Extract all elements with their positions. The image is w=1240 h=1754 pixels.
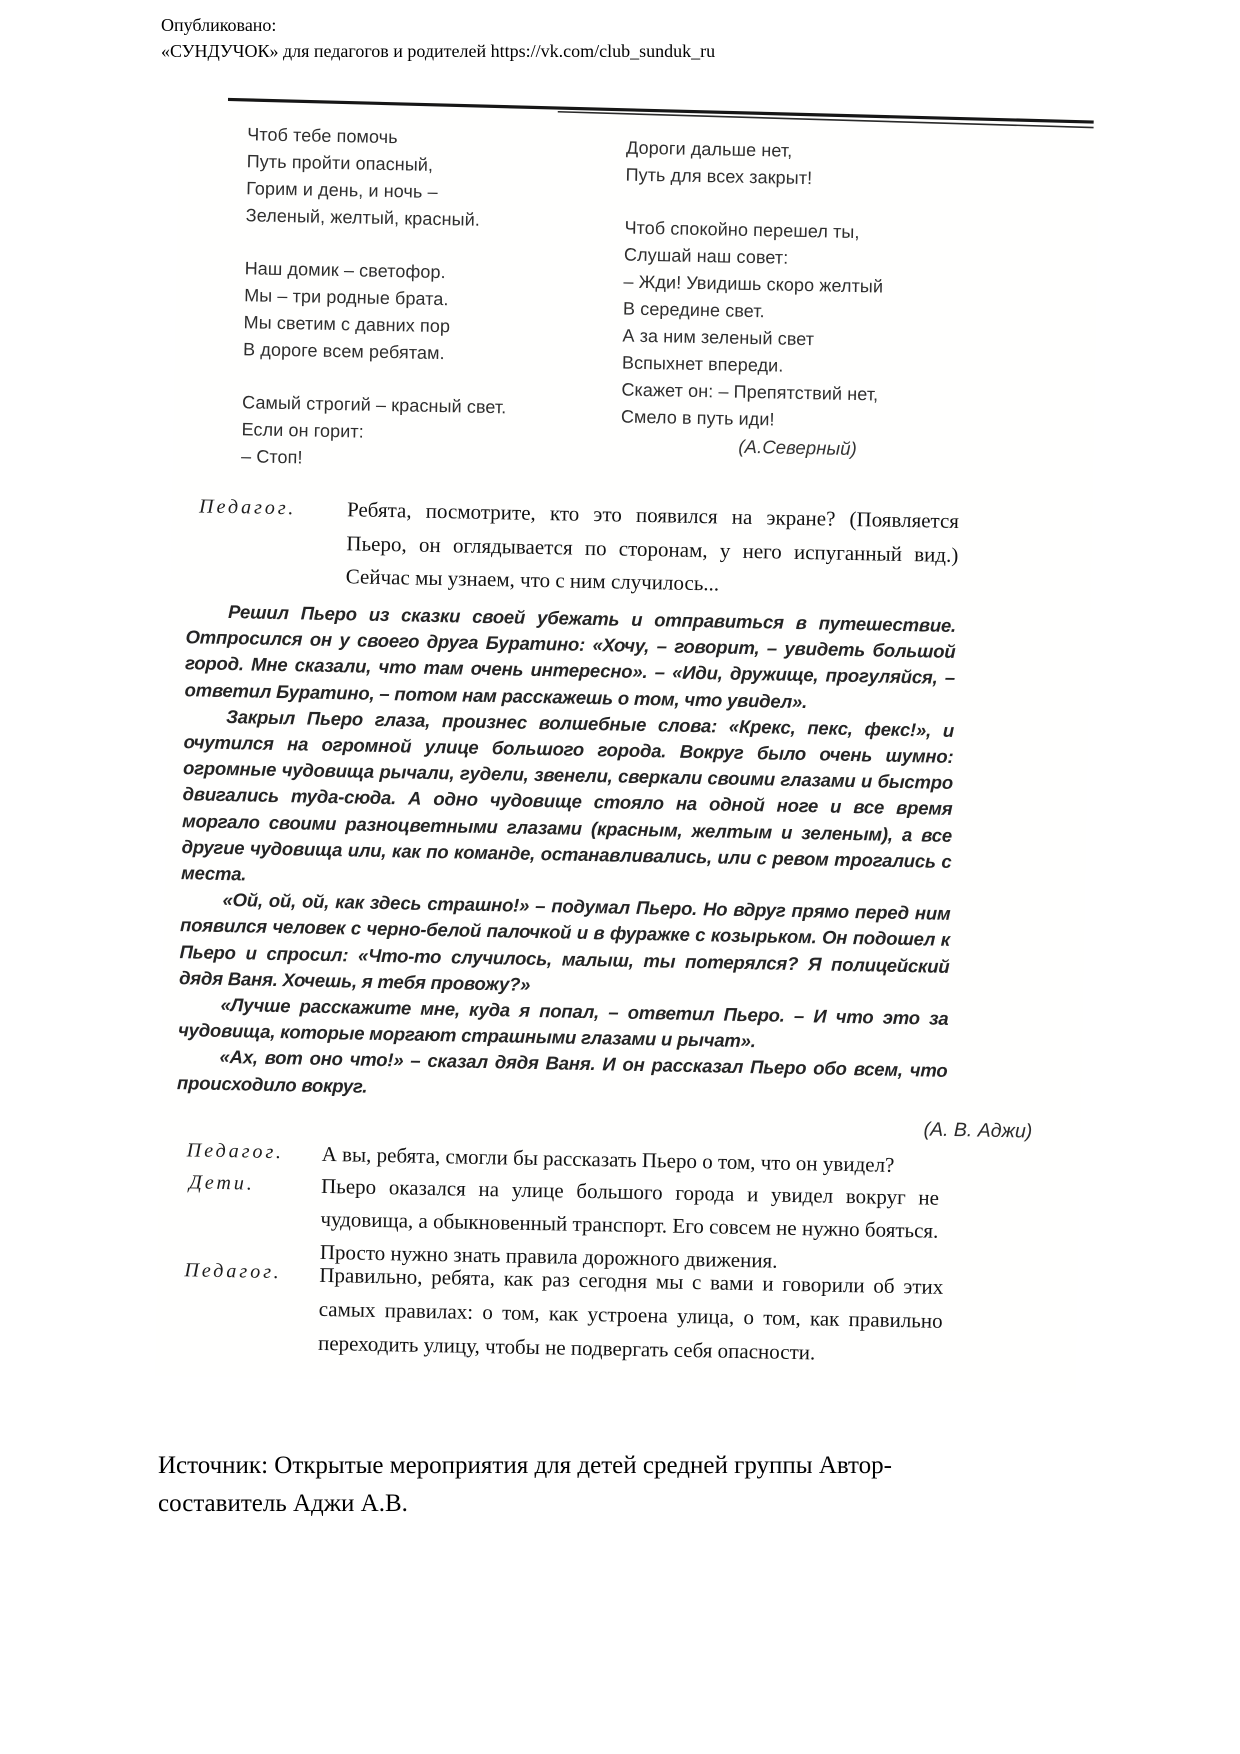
story-paragraph: «Ой, ой, ой, как здесь страшно!» – подум… — [179, 886, 951, 1006]
speaker-label-teacher: Педагог. — [187, 1139, 285, 1164]
poem-stanza: Дороги дальше нет, Путь для всех закрыт! — [625, 135, 886, 194]
poem-stanza: Чтоб спокойно перешел ты, Слушай наш сов… — [621, 215, 885, 436]
story-author-attribution: (А. В. Аджи) — [176, 1104, 1032, 1143]
scanned-page-region: Чтоб тебе помочь Путь пройти опасный, Го… — [155, 96, 1099, 1393]
poem-stanza: Чтоб тебе помочь Путь пройти опасный, Го… — [245, 121, 511, 234]
publication-header: Опубликовано: «СУНДУЧОК» для педагогов и… — [161, 12, 715, 64]
story-paragraph: Закрыл Пьеро глаза, произнес волшебные с… — [181, 703, 954, 901]
poem-stanza: Наш домик – светофор. Мы – три родные бр… — [243, 255, 509, 368]
story-paragraph: Решил Пьеро из сказки своей убежать и от… — [184, 598, 956, 718]
story-text: Решил Пьеро из сказки своей убежать и от… — [177, 598, 956, 1111]
source-line: Источник: Открытые мероприятия для детей… — [158, 1447, 892, 1485]
publication-source-line: «СУНДУЧОК» для педагогов и родителей htt… — [161, 38, 715, 64]
dialogue-text-teacher: Правильно, ребята, как раз сегодня мы с … — [318, 1258, 944, 1372]
published-label: Опубликовано: — [161, 12, 715, 38]
speaker-label-teacher: Педагог. — [184, 1259, 282, 1284]
poem-column-right: Дороги дальше нет, Путь для всех закрыт!… — [620, 135, 886, 463]
poem-stanza: Самый строгий – красный свет. Если он го… — [241, 389, 507, 475]
source-line: составитель Аджи А.В. — [158, 1485, 892, 1523]
document-page: Опубликовано: «СУНДУЧОК» для педагогов и… — [0, 0, 1240, 1754]
source-footer: Источник: Открытые мероприятия для детей… — [158, 1447, 892, 1523]
poem-author-attribution: (А.Северный) — [738, 433, 880, 463]
poem-column-left: Чтоб тебе помочь Путь пройти опасный, Го… — [240, 121, 511, 501]
dialogue-text-teacher: Ребята, посмотрите, кто это появился на … — [345, 493, 959, 605]
speaker-label-teacher: Педагог. — [199, 495, 297, 520]
speaker-label-children: Дети. — [189, 1171, 255, 1195]
